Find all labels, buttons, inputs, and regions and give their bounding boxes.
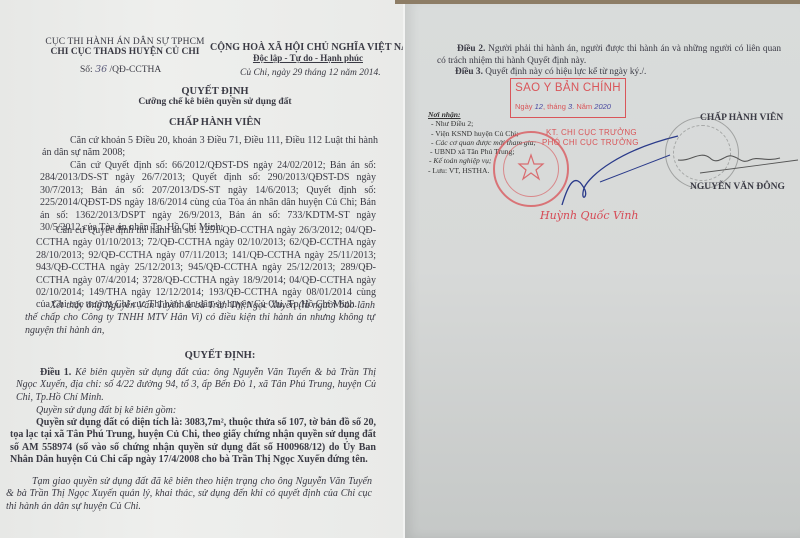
republic-title: CỘNG HOÀ XÃ HỘI CHỦ NGHĨA VIỆT NAM bbox=[210, 42, 404, 53]
document-number: Số: 36 /QĐ-CCTHA bbox=[80, 64, 161, 75]
deputy-name-signature: Huỳnh Quốc Vinh bbox=[540, 209, 638, 222]
star-emblem-icon bbox=[517, 153, 545, 181]
article-1: Điều 1. Kê biên quyền sử dụng đất của: ô… bbox=[16, 367, 376, 404]
handwritten-number: 36 bbox=[95, 64, 107, 75]
decision-heading: QUYẾT ĐỊNH: bbox=[130, 350, 310, 361]
article-3: Điều 3. Quyết định này có hiệu lực kể từ… bbox=[455, 67, 646, 77]
recipients-label: Nơi nhận: bbox=[428, 110, 536, 119]
signer-name: NGUYỄN VĂN ĐÔNG bbox=[690, 182, 785, 192]
basis-paragraph-2: Căn cứ Quyết định số: 66/2012/QĐST-DS ng… bbox=[40, 160, 376, 234]
agency-line-1: CỤC THI HÀNH ÁN DÂN SỰ TPHCM bbox=[40, 37, 210, 47]
background-edge bbox=[395, 0, 800, 4]
article-2: Điều 2. Người phải thi hành án, người đư… bbox=[437, 44, 781, 67]
article-1-subheading: Quyền sử dụng đất bị kê biên gồm: bbox=[36, 405, 376, 417]
signer-signature-icon bbox=[670, 140, 800, 180]
basis-paragraph-4: Xét thấy ông Nguyễn Văn Tuyển & bà Trần … bbox=[25, 300, 375, 337]
official-red-seal bbox=[493, 131, 569, 207]
republic-motto: Độc lập - Tự do - Hạnh phúc bbox=[210, 53, 404, 63]
document-title: QUYẾT ĐỊNH bbox=[120, 86, 310, 97]
article-1-temporary-handover: Tạm giao quyền sử dụng đất đã kê biên th… bbox=[6, 476, 372, 513]
article-1-land-details: Quyền sử dụng đất có diện tích là: 3083,… bbox=[10, 417, 376, 467]
place-date: Củ Chi, ngày 29 tháng 12 năm 2014. bbox=[240, 68, 381, 78]
document-subtitle: Cưỡng chế kê biên quyền sử dụng đất bbox=[100, 97, 330, 107]
basis-paragraph-3: Căn cứ Quyết định thi hành án số: 1251/Q… bbox=[36, 225, 376, 312]
decision-page-1: CỤC THI HÀNH ÁN DÂN SỰ TPHCM CHI CỤC THA… bbox=[0, 0, 404, 538]
basis-paragraph-1: Căn cứ khoản 5 Điều 20, khoản 3 Điều 71,… bbox=[42, 135, 378, 160]
recipient-item: - Như Điều 2; bbox=[428, 119, 536, 128]
issuer-title: CHẤP HÀNH VIÊN bbox=[120, 117, 310, 128]
agency-line-2: CHI CỤC THADS HUYỆN CỦ CHI bbox=[40, 47, 210, 57]
